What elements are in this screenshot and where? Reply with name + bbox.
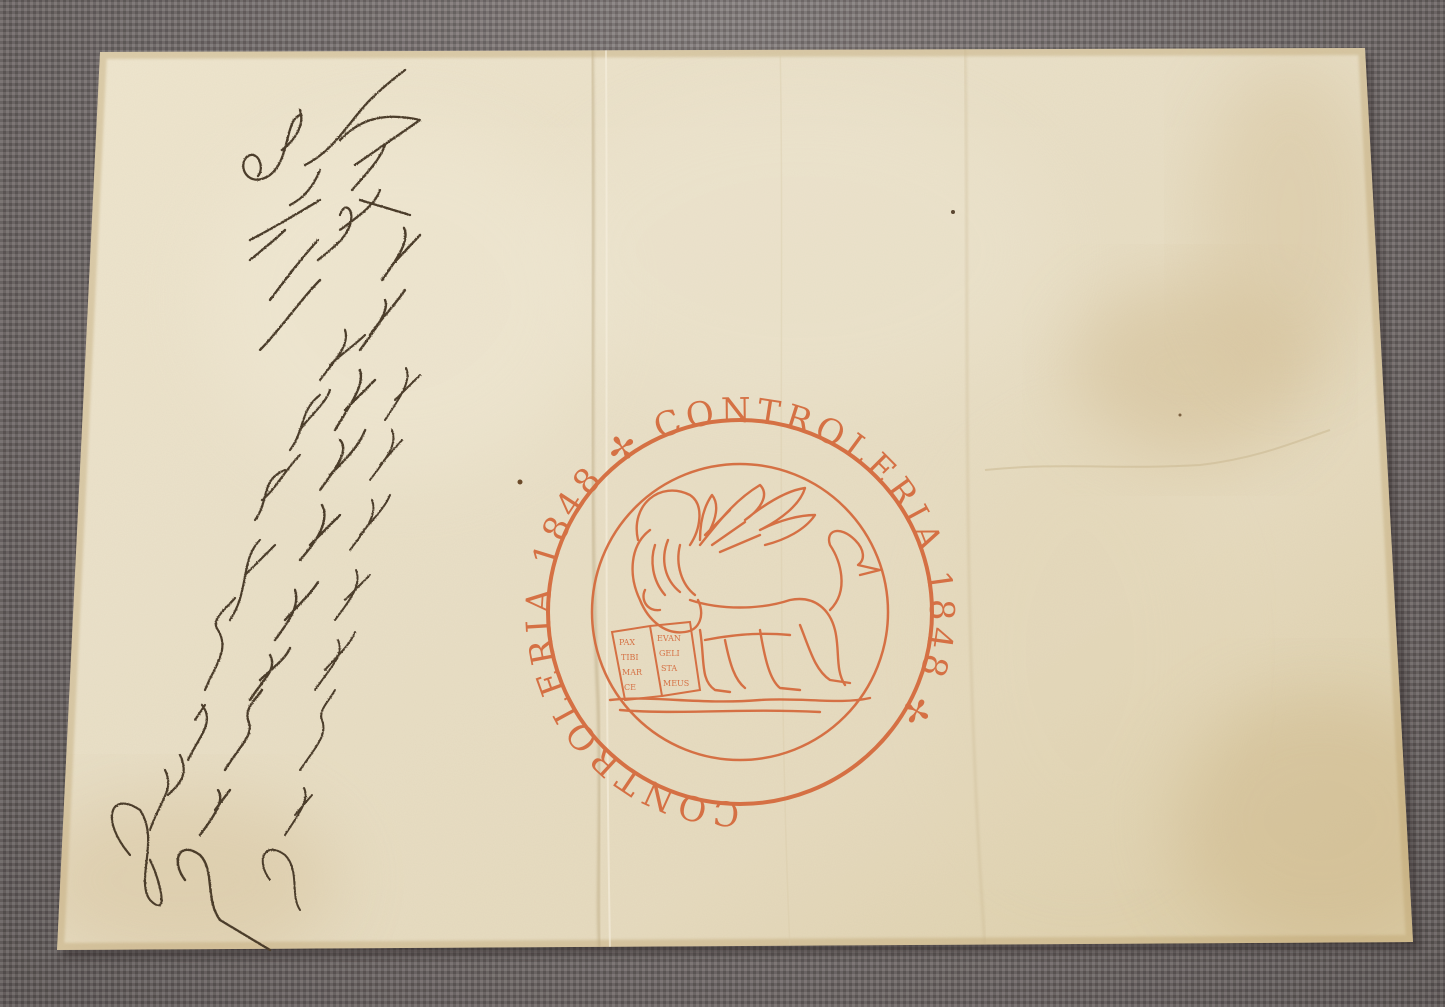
svg-text:STA: STA [661,664,677,673]
svg-text:EVAN: EVAN [657,634,681,643]
svg-text:MEUS: MEUS [663,679,689,688]
document-photo: Reverse of an 1848 Venetian paper docume… [0,0,1445,1007]
svg-text:MAR: MAR [622,668,643,677]
photo-canvas: CONTROLERIA 1848 ✢ CONTROLERIA 1848 ✢ [0,0,1445,1007]
svg-text:TIBI: TIBI [621,653,639,662]
svg-text:CE: CE [624,683,636,692]
svg-text:PAX: PAX [619,638,635,647]
svg-text:GELI: GELI [659,649,680,658]
